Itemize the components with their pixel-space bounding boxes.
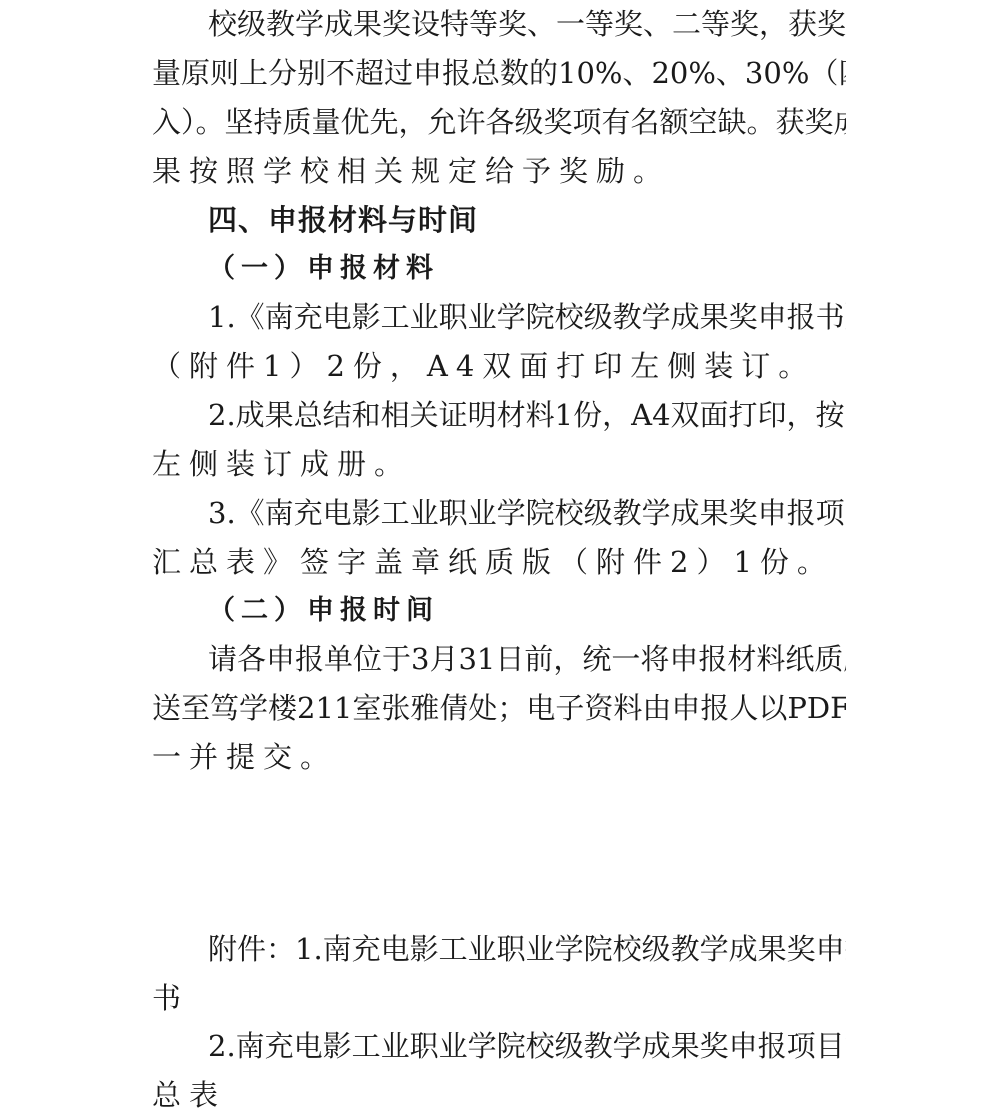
time-paragraph-line: 一并提交。 <box>152 733 846 782</box>
attachment-item-1: 附件：1.南充电影工业职业学院校级教学成果奖申报 <box>208 925 846 974</box>
attachment-item-2-cont: 总表 <box>152 1071 846 1120</box>
paragraph-line: 校级教学成果奖设特等奖、一等奖、二等奖，获奖数 <box>208 0 846 49</box>
time-paragraph-line: 送至笃学楼211室张雅倩处；电子资料由申报人以PDF格式 <box>152 684 846 733</box>
material-item-3: 3.《南充电影工业职业学院校级教学成果奖申报项目 <box>208 489 846 538</box>
material-item-1-cont: （附件1）2份，A4双面打印左侧装订。 <box>152 342 846 391</box>
paragraph-line: 果按照学校相关规定给予奖励。 <box>152 147 846 196</box>
material-item-3-cont: 汇总表》签字盖章纸质版（附件2）1份。 <box>152 538 846 587</box>
material-item-2: 2.成果总结和相关证明材料1份，A4双面打印，按目录 <box>208 391 846 440</box>
paragraph-line: 入）。坚持质量优先，允许各级奖项有名额空缺。获奖成 <box>152 98 846 147</box>
attachment-item-2: 2.南充电影工业职业学院校级教学成果奖申报项目汇 <box>208 1022 846 1071</box>
paragraph-line: 量原则上分别不超过申报总数的10%、20%、30%（四舍五 <box>152 49 846 98</box>
material-item-2-cont: 左侧装订成册。 <box>152 440 846 489</box>
subsection-heading-time: （二）申报时间 <box>208 586 846 635</box>
attachment-item-1-cont: 书 <box>152 974 846 1023</box>
material-item-1: 1.《南充电影工业职业学院校级教学成果奖申报书》 <box>208 293 846 342</box>
time-paragraph-line: 请各申报单位于3月31日前，统一将申报材料纸质版报 <box>208 635 846 684</box>
section-heading: 四、申报材料与时间 <box>208 196 846 245</box>
subsection-heading-materials: （一）申报材料 <box>208 244 846 293</box>
